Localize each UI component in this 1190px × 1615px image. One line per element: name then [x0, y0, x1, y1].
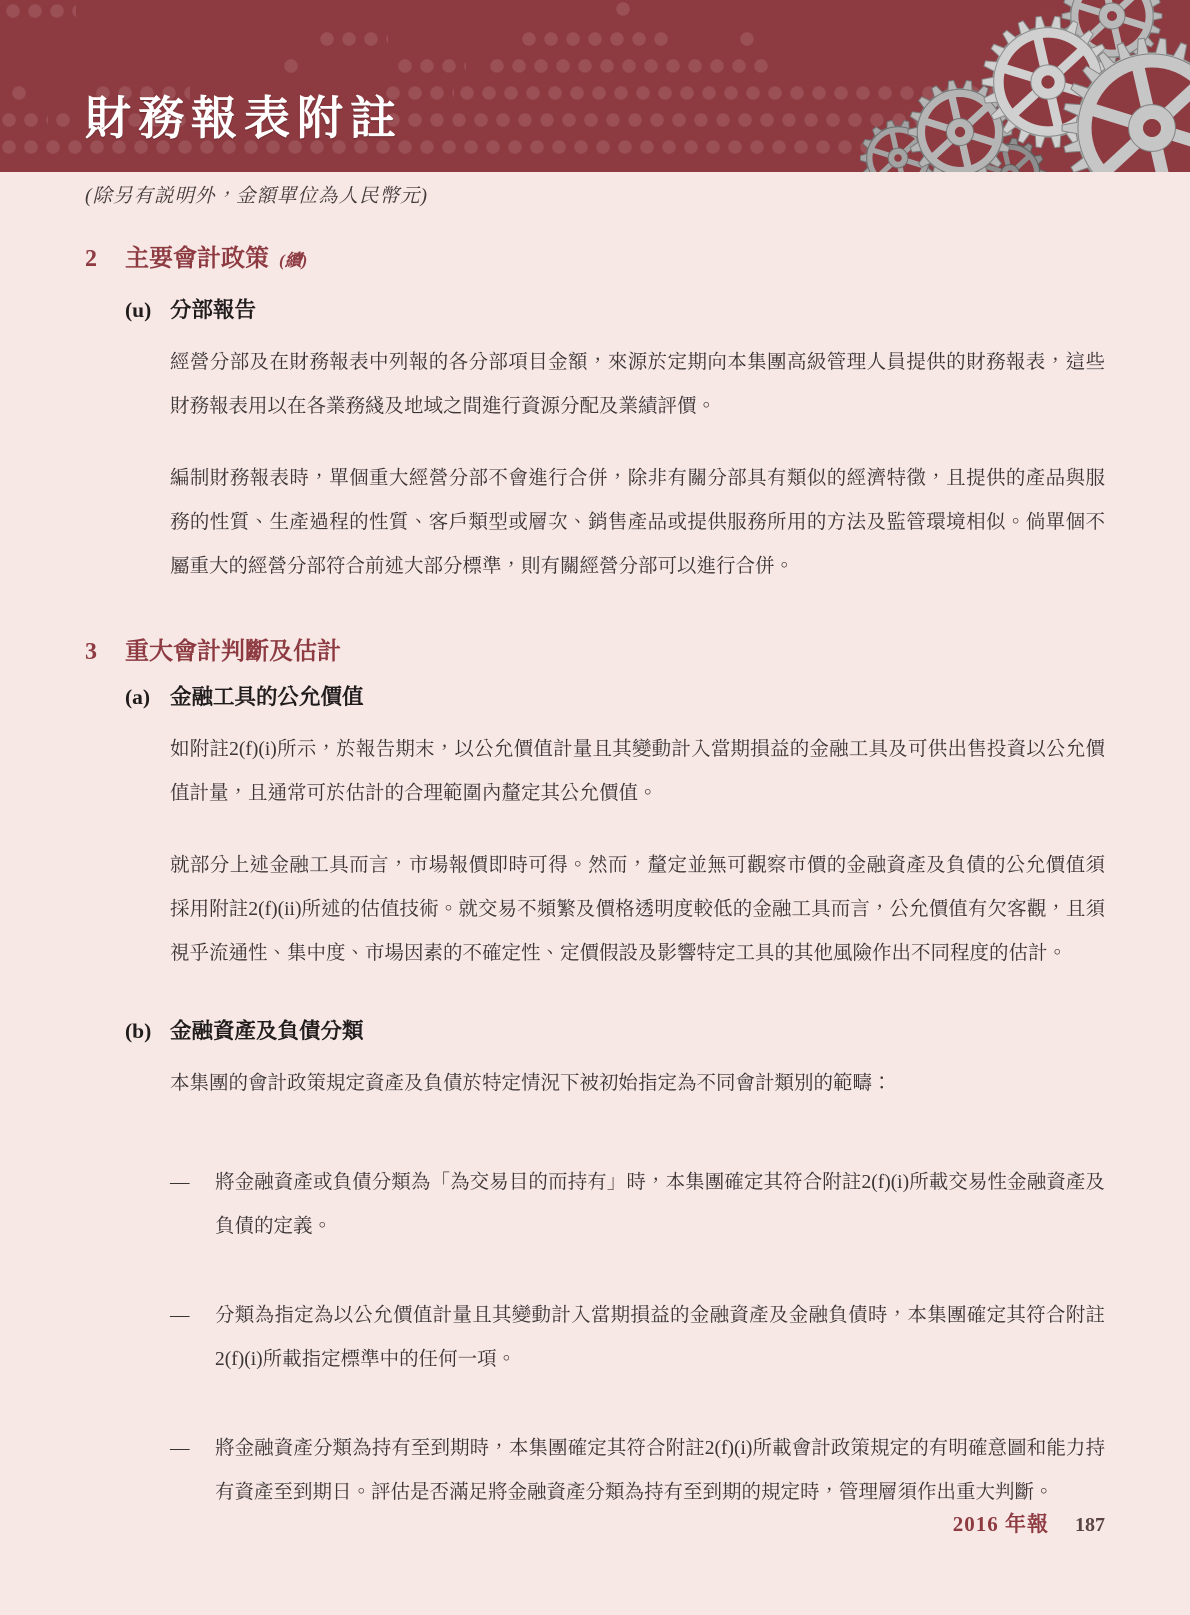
page-number: 187 [1075, 1514, 1105, 1537]
subsection-fair-value: (a) 金融工具的公允價值 如附註2(f)(i)所示，於報告期末，以公允價值計量… [125, 680, 1105, 976]
currency-note: (除另有説明外，金額單位為人民幣元) [85, 180, 1105, 208]
section-accounting-policies: 2 主要會計政策 (續) (u) 分部報告 經營分部及在財務報表中列報的各分部項… [85, 238, 1105, 589]
section-heading: 3 重大會計判斷及估計 [85, 631, 1105, 666]
paragraph: 編制財務報表時，單個重大經營分部不會進行合併，除非有關分部具有類似的經濟特徵，且… [170, 429, 1105, 589]
bullet-dash: — [170, 1144, 215, 1249]
gears-illustration [860, 0, 1190, 172]
subsection-label: (a) [125, 685, 170, 710]
bullet-text: 將金融資產分類為持有至到期時，本集團確定其符合附註2(f)(i)所載會計政策規定… [215, 1410, 1105, 1515]
paragraph: 本集團的會計政策規定資產及負債於特定情況下被初始指定為不同會計類別的範疇： [170, 1045, 1105, 1106]
subsection-label: (u) [125, 298, 170, 323]
subsection-heading: (u) 分部報告 [125, 293, 1105, 324]
subsection-title: 金融工具的公允價值 [170, 680, 364, 711]
subsection-segment-reporting: (u) 分部報告 經營分部及在財務報表中列報的各分部項目金額，來源於定期向本集團… [125, 293, 1105, 589]
subsection-title: 分部報告 [170, 293, 256, 324]
subsection-heading: (b) 金融資產及負債分類 [125, 1014, 1105, 1045]
subsection-label: (b) [125, 1019, 170, 1044]
subsection-classification: (b) 金融資產及負債分類 本集團的會計政策規定資產及負債於特定情況下被初始指定… [125, 1014, 1105, 1515]
section-number: 2 [85, 246, 125, 273]
section-judgements-estimates: 3 重大會計判斷及估計 (a) 金融工具的公允價值 如附註2(f)(i)所示，於… [85, 631, 1105, 1515]
page-footer: 2016 年報 187 [953, 1508, 1105, 1538]
subsection-heading: (a) 金融工具的公允價值 [125, 680, 1105, 711]
bullet-dash: — [170, 1410, 215, 1515]
section-continued-tag: (續) [279, 246, 307, 271]
list-item: — 將金融資產或負債分類為「為交易目的而持有」時，本集團確定其符合附註2(f)(… [170, 1116, 1105, 1249]
subsection-title: 金融資產及負債分類 [170, 1014, 364, 1045]
report-page: 財務報表附註 (除另有説明外，金額單位為人民幣元) 2 主要會計政策 (續) (… [0, 0, 1190, 1615]
paragraph: 就部分上述金融工具而言，市場報價即時可得。然而，釐定並無可觀察市價的金融資產及負… [170, 816, 1105, 976]
paragraph: 經營分部及在財務報表中列報的各分部項目金額，來源於定期向本集團高級管理人員提供的… [170, 324, 1105, 429]
bullet-text: 將金融資產或負債分類為「為交易目的而持有」時，本集團確定其符合附註2(f)(i)… [215, 1144, 1105, 1249]
report-year-label: 2016 年報 [953, 1508, 1049, 1538]
section-title: 重大會計判斷及估計 [125, 631, 341, 666]
page-content: 2 主要會計政策 (續) (u) 分部報告 經營分部及在財務報表中列報的各分部項… [0, 238, 1190, 1515]
section-heading: 2 主要會計政策 (續) [85, 238, 1105, 273]
bullet-dash: — [170, 1277, 215, 1382]
bullet-list: — 將金融資產或負債分類為「為交易目的而持有」時，本集團確定其符合附註2(f)(… [170, 1116, 1105, 1515]
list-item: — 將金融資產分類為持有至到期時，本集團確定其符合附註2(f)(i)所載會計政策… [170, 1382, 1105, 1515]
section-title: 主要會計政策 [125, 238, 269, 273]
bullet-text: 分類為指定為以公允價值計量且其變動計入當期損益的金融資產及金融負債時，本集團確定… [215, 1277, 1105, 1382]
section-number: 3 [85, 639, 125, 666]
paragraph: 如附註2(f)(i)所示，於報告期末，以公允價值計量且其變動計入當期損益的金融工… [170, 711, 1105, 816]
header-band: 財務報表附註 [0, 0, 1190, 172]
page-title: 財務報表附註 [85, 96, 403, 142]
list-item: — 分類為指定為以公允價值計量且其變動計入當期損益的金融資產及金融負債時，本集團… [170, 1249, 1105, 1382]
